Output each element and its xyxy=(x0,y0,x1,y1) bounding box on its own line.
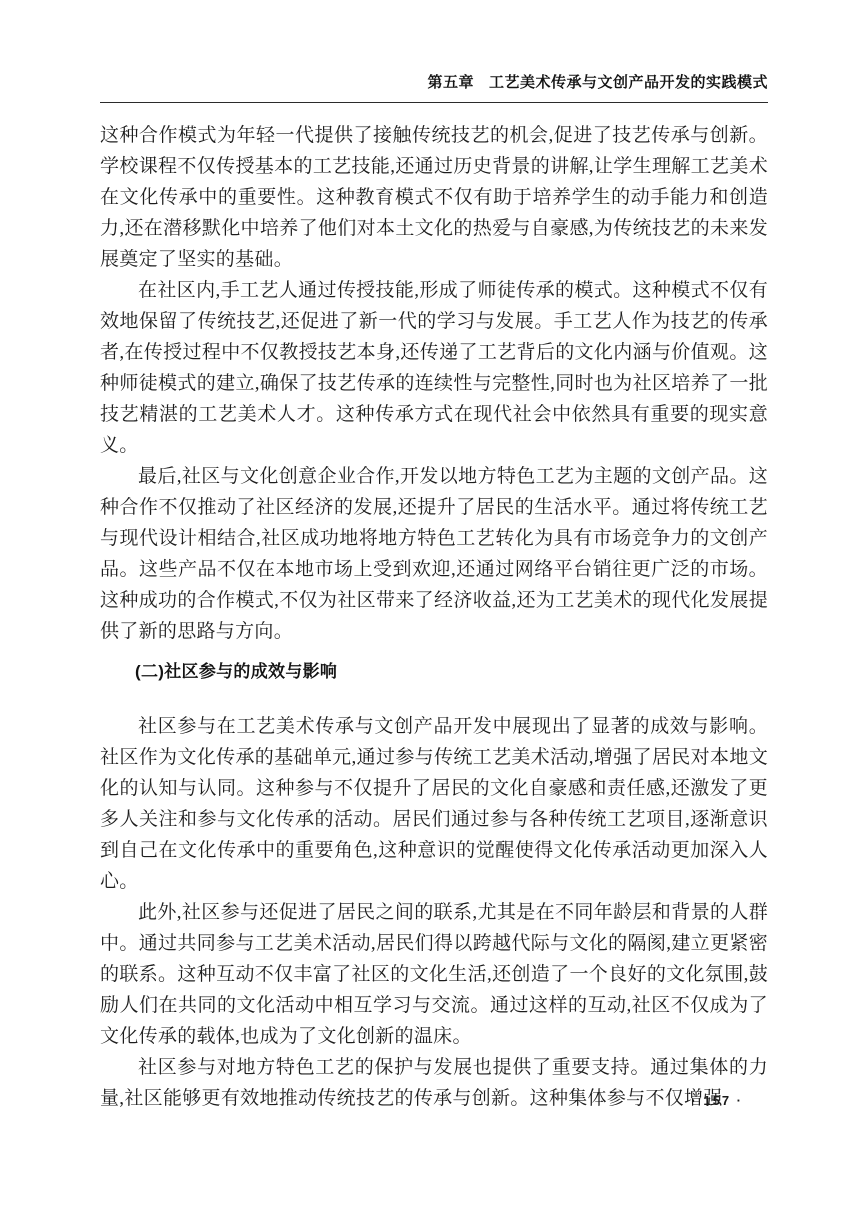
page-footer: · 157 · xyxy=(100,1093,768,1108)
body-text: 这种合作模式为年轻一代提供了接触传统技艺的机会,促进了技艺传承与创新。学校课程不… xyxy=(100,120,768,1114)
chapter-number: 第五章 xyxy=(427,74,474,91)
paragraph-1: 这种合作模式为年轻一代提供了接触传统技艺的机会,促进了技艺传承与创新。学校课程不… xyxy=(100,120,768,275)
chapter-title: 工艺美术传承与文创产品开发的实践模式 xyxy=(489,74,768,91)
page-number: · 157 · xyxy=(691,1093,743,1108)
book-page: 第五章工艺美术传承与文创产品开发的实践模式 这种合作模式为年轻一代提供了接触传统… xyxy=(0,0,860,1208)
paragraph-3: 最后,社区与文化创意企业合作,开发以地方特色工艺为主题的文创产品。这种合作不仅推… xyxy=(100,461,768,647)
paragraph-5: 此外,社区参与还促进了居民之间的联系,尤其是在不同年龄层和背景的人群中。通过共同… xyxy=(100,897,768,1052)
paragraph-2: 在社区内,手工艺人通过传授技能,形成了师徒传承的模式。这种模式不仅有效地保留了传… xyxy=(100,275,768,461)
header-rule xyxy=(100,102,768,103)
paragraph-4: 社区参与在工艺美术传承与文创产品开发中展现出了显著的成效与影响。社区作为文化传承… xyxy=(100,711,768,897)
section-heading: (二)社区参与的成效与影响 xyxy=(100,660,768,684)
page-content: 第五章工艺美术传承与文创产品开发的实践模式 这种合作模式为年轻一代提供了接触传统… xyxy=(100,0,768,1114)
running-header: 第五章工艺美术传承与文创产品开发的实践模式 xyxy=(100,71,768,92)
